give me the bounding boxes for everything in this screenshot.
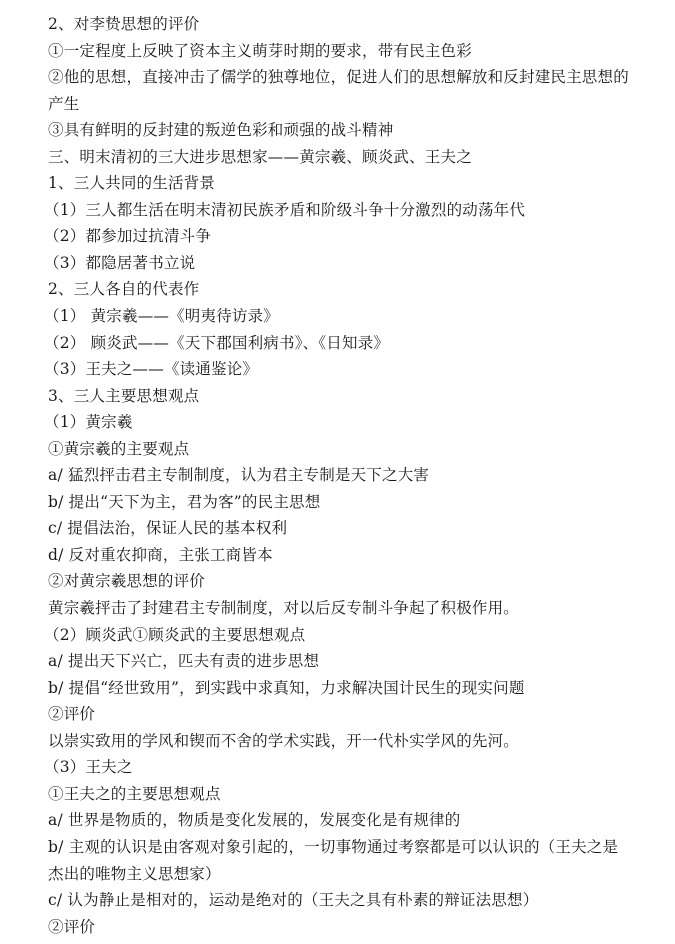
list-item: d/ 反对重农抑商，主张工商皆本 <box>48 542 648 569</box>
list-item: c/ 提倡法治，保证人民的基本权利 <box>48 515 648 542</box>
list-item: ②评价 <box>48 701 648 728</box>
list-item: a/ 猛烈抨击君主专制制度，认为君主专制是天下之大害 <box>48 462 648 489</box>
subheading-representative-works: 2、三人各自的代表作 <box>48 276 648 303</box>
paragraph: 黄宗羲抨击了封建君主专制制度，对以后反专制斗争起了积极作用。 <box>48 595 648 622</box>
list-item: ②评价 <box>48 914 648 941</box>
list-item: ②对黄宗羲思想的评价 <box>48 568 648 595</box>
list-item: ②他的思想，直接冲击了儒学的独尊地位，促进人们的思想解放和反封建民主思想的 <box>48 64 648 91</box>
subheading-main-ideas: 3、三人主要思想观点 <box>48 383 648 410</box>
list-item: （2） 顾炎武——《天下郡国利病书》、《日知录》 <box>44 330 648 357</box>
list-item: ①黄宗羲的主要观点 <box>48 436 648 463</box>
paragraph: 以崇实致用的学风和锲而不舍的学术实践，开一代朴实学风的先河。 <box>48 728 648 755</box>
list-item: b/ 提出“天下为主，君为客”的民主思想 <box>48 489 648 516</box>
subsection-wang-fuzhi: （3）王夫之 <box>44 754 648 781</box>
list-item: c/ 认为静止是相对的，运动是绝对的（王夫之具有朴素的辩证法思想） <box>48 887 648 914</box>
list-item: （2）都参加过抗清斗争 <box>44 223 648 250</box>
subheading-li-zhi-evaluation: 2、对李贽思想的评价 <box>48 11 648 38</box>
list-item: ①一定程度上反映了资本主义萌芽时期的要求，带有民主色彩 <box>48 38 648 65</box>
list-item-continuation: 产生 <box>48 91 648 118</box>
list-item: a/ 提出天下兴亡，匹夫有责的进步思想 <box>48 648 648 675</box>
list-item: ①王夫之的主要思想观点 <box>48 781 648 808</box>
section-heading-three-thinkers: 三、明末清初的三大进步思想家——黄宗羲、顾炎武、王夫之 <box>48 144 648 171</box>
subheading-common-background: 1、三人共同的生活背景 <box>48 170 648 197</box>
list-item: b/ 主观的认识是由客观对象引起的，一切事物通过考察都是可以认识的（王夫之是 <box>48 834 648 861</box>
list-item: ③具有鲜明的反封建的叛逆色彩和顽强的战斗精神 <box>48 117 648 144</box>
list-item: （3）都隐居著书立说 <box>44 250 648 277</box>
document-page: 2、对李贽思想的评价 ①一定程度上反映了资本主义萌芽时期的要求，带有民主色彩 ②… <box>48 11 648 940</box>
list-item: （1）三人都生活在明末清初民族矛盾和阶级斗争十分激烈的动荡年代 <box>44 197 648 224</box>
subsection-gu-yanwu: （2）顾炎武①顾炎武的主要思想观点 <box>44 622 648 649</box>
list-item: （3）王夫之——《读通鉴论》 <box>44 356 648 383</box>
list-item: b/ 提倡“经世致用”，到实践中求真知，力求解决国计民生的现实问题 <box>48 675 648 702</box>
list-item-continuation: 杰出的唯物主义思想家） <box>48 861 648 888</box>
list-item: a/ 世界是物质的，物质是变化发展的，发展变化是有规律的 <box>48 807 648 834</box>
subsection-huang-zongxi: （1）黄宗羲 <box>44 409 648 436</box>
list-item: （1） 黄宗羲——《明夷待访录》 <box>44 303 648 330</box>
